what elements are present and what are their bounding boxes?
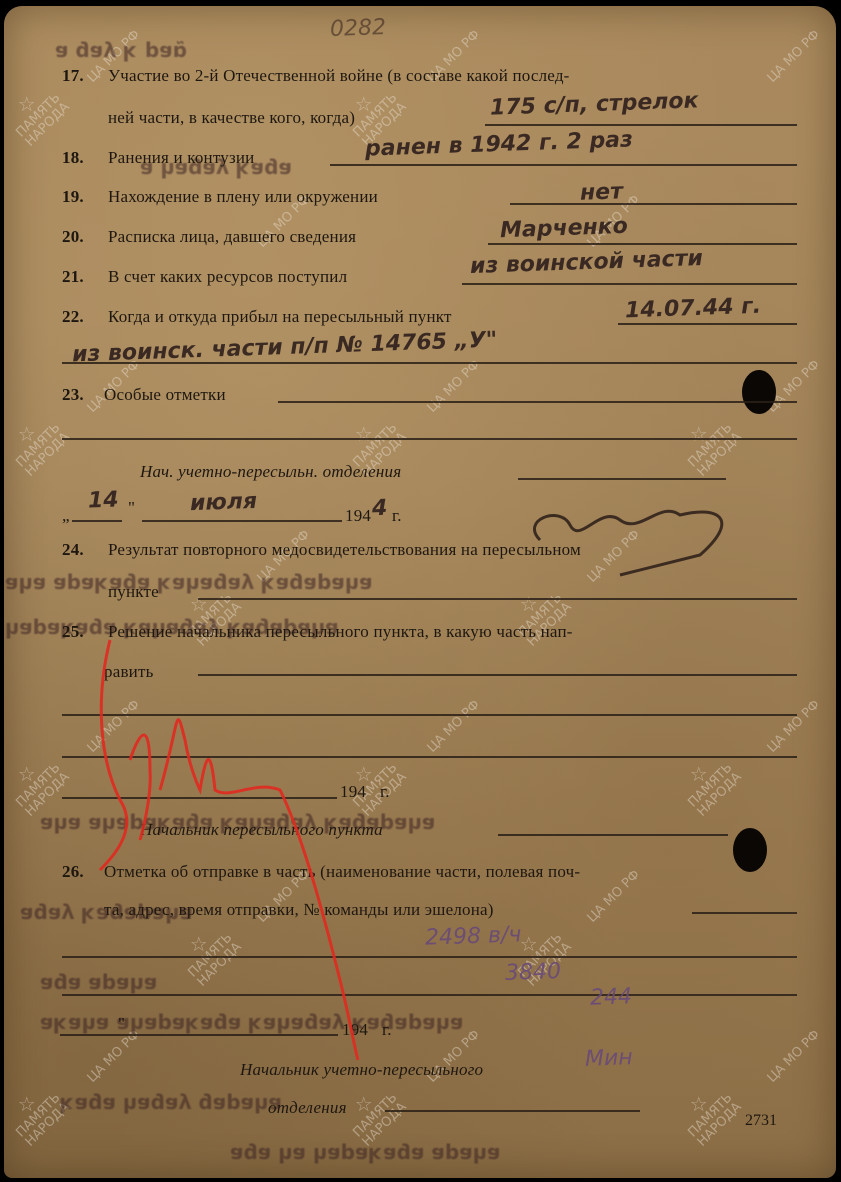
signature-scrawl [534, 511, 721, 575]
red-pencil-mark [100, 640, 358, 1060]
ink-strokes [0, 0, 841, 1182]
